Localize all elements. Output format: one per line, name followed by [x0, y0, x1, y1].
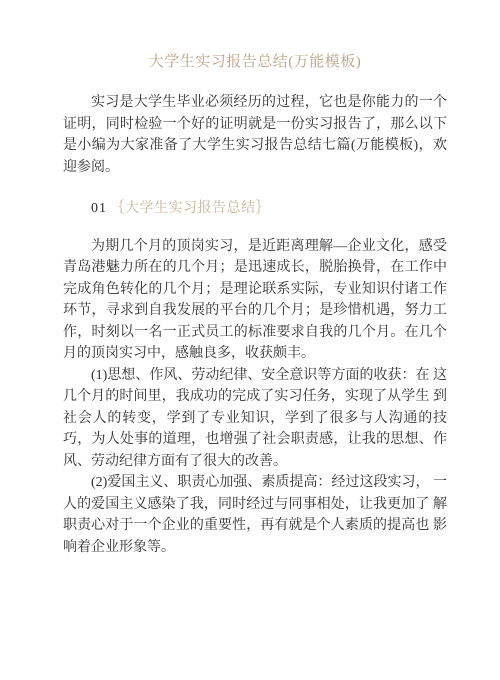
body-paragraph: 为期几个月的顶岗实习，是近距离理解—企业文化，感受 青岛港魅力所在的几个月；是迅… [63, 236, 447, 365]
document-title: 大学生实习报告总结(万能模板) [63, 50, 447, 74]
body-paragraph: (1)思想、作风、劳动纪律、安全意识等方面的收获：在 这几个月的时间里，我成功的… [63, 365, 447, 473]
section-title: ｛大学生实习报告总结｝ [111, 201, 271, 216]
body-paragraph: (2)爱国主义、职责心加强、素质提高：经过这段实习， 一人的爱国主义感染了我，同… [63, 472, 447, 558]
section-heading: 01 ｛大学生实习报告总结｝ [63, 198, 447, 220]
document-page: 大学生实习报告总结(万能模板) 实习是大学生毕业必须经历的过程，它也是你能力的一… [0, 0, 500, 680]
intro-paragraph: 实习是大学生毕业必须经历的过程，它也是你能力的一个 证明，同时检验一个好的证明就… [63, 92, 447, 178]
section-number: 01 [91, 201, 107, 216]
